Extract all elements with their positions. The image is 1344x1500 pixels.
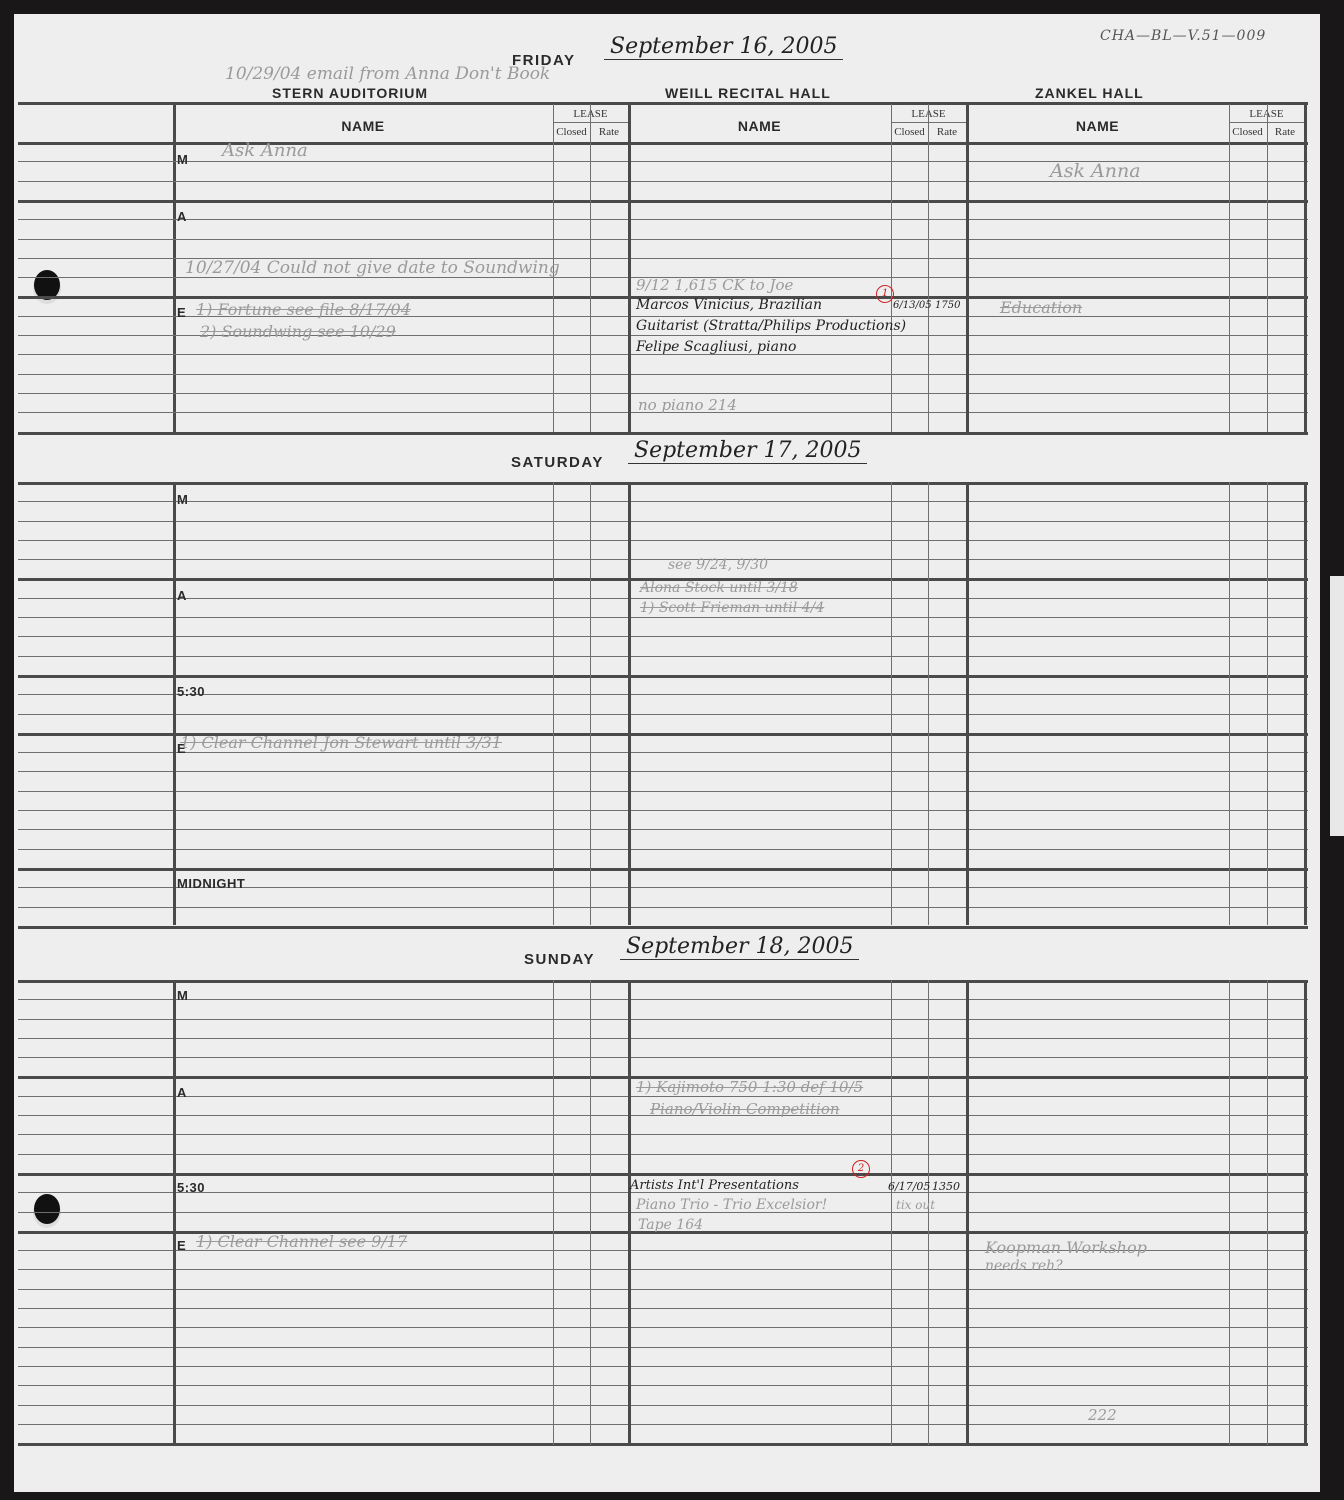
entry-text: 10/27/04 Could not give date to Soundwin… (185, 258, 560, 278)
column-header-name: NAME (966, 118, 1229, 134)
column-header-rate: Rate (590, 126, 628, 138)
lease-rate-value: 1350 (932, 1180, 960, 1193)
ruled-line (18, 1269, 1308, 1270)
column-header-closed: Closed (553, 126, 590, 138)
entry-text: Alona Stock until 3/18 (640, 580, 798, 596)
column-rule (891, 980, 892, 1445)
ruled-line (18, 1424, 1308, 1425)
ruled-line (18, 1134, 1308, 1135)
column-rule (1304, 104, 1307, 142)
ruled-line (18, 102, 1308, 105)
entry-text: needs reh? (985, 1258, 1063, 1274)
column-header-rate: Rate (928, 126, 966, 138)
time-slot-label: 5:30 (177, 684, 205, 699)
column-rule (1304, 482, 1307, 925)
column-header-closed: Closed (891, 126, 928, 138)
column-rule (1304, 980, 1307, 1445)
column-rule (1229, 104, 1230, 432)
column-rule (1229, 104, 1230, 142)
ruled-line (18, 521, 1308, 522)
ruled-line (18, 868, 1308, 871)
red-circled-marker: 2 (852, 1160, 870, 1178)
ruled-line (18, 791, 1308, 792)
column-rule (1267, 104, 1268, 432)
entry-text: Piano Trio - Trio Excelsior! (636, 1197, 827, 1213)
column-header-name: NAME (173, 118, 553, 134)
column-rule (966, 482, 969, 925)
ruled-line (18, 617, 1308, 618)
column-rule (891, 482, 892, 925)
day-label-saturday: SATURDAY (511, 454, 604, 471)
column-rule (1229, 482, 1230, 925)
ruled-line (18, 1366, 1308, 1367)
lease-rate-value: 1750 (935, 300, 960, 311)
date-friday: September 16, 2005 (604, 34, 843, 60)
ruled-line (18, 752, 1308, 753)
ruled-line (18, 501, 1308, 502)
ruled-line (18, 636, 1308, 637)
ruled-line (18, 656, 1308, 657)
column-rule (928, 482, 929, 925)
entry-text: Marcos Vinicius, Brazilian (636, 297, 822, 313)
ruled-line (18, 771, 1308, 772)
time-slot-label: 5:30 (177, 1180, 205, 1195)
column-rule (173, 482, 176, 925)
venue-zankel: ZANKEL HALL (1035, 85, 1144, 101)
column-rule (173, 104, 176, 432)
time-slot-label: M (177, 492, 188, 507)
entry-text: Felipe Scagliusi, piano (636, 339, 796, 355)
column-rule (891, 104, 892, 432)
entry-text: 1) Scott Frieman until 4/4 (640, 600, 824, 616)
ruled-line (18, 675, 1308, 678)
column-rule (590, 104, 591, 432)
entry-text: 1) Clear Channel see 9/17 (196, 1232, 407, 1251)
column-rule (628, 980, 631, 1445)
entry-text: Guitarist (Stratta/Philips Productions) (636, 318, 906, 334)
entry-text: Piano/Violin Competition (650, 1100, 840, 1118)
ruled-line (18, 1096, 1308, 1097)
ruled-line (18, 1038, 1308, 1039)
ruled-line (18, 1385, 1308, 1386)
ruled-line (18, 239, 1308, 240)
entry-text: 1) Fortune see file 8/17/04 (196, 300, 411, 319)
column-rule (628, 104, 631, 142)
time-slot-label: E (177, 305, 186, 320)
ruled-line (18, 540, 1308, 541)
ruled-line (18, 829, 1308, 830)
column-rule (1229, 980, 1230, 1445)
ruled-line (18, 810, 1308, 811)
ruled-line (18, 1443, 1308, 1446)
ruled-line (18, 907, 1308, 908)
column-rule (1267, 482, 1268, 925)
top-note: 10/29/04 email from Anna Don't Book (225, 64, 550, 84)
column-rule (628, 482, 631, 925)
entry-text: Koopman Workshop (985, 1238, 1147, 1257)
column-rule (553, 980, 554, 1445)
date-saturday: September 17, 2005 (628, 438, 867, 464)
ruled-line (18, 598, 1308, 599)
ruled-line (18, 926, 1308, 929)
lease-rate-note: tix out (896, 1198, 935, 1212)
column-rule (928, 104, 929, 142)
column-rule (590, 104, 591, 142)
ruled-line (18, 432, 1308, 435)
ruled-line (18, 1173, 1308, 1176)
entry-text: 1) Kajimoto 750 1:30 def 10/5 (636, 1078, 863, 1096)
time-slot-label: A (177, 588, 187, 603)
time-slot-label: A (177, 209, 187, 224)
ledger-page (14, 14, 1320, 1492)
ruled-line (18, 1154, 1308, 1155)
time-slot-label: A (177, 1085, 187, 1100)
entry-text: Ask Anna (1050, 160, 1141, 182)
column-rule (966, 104, 969, 432)
ruled-line (18, 142, 1308, 145)
time-slot-label: M (177, 988, 188, 1003)
ruled-line (18, 714, 1308, 715)
date-sunday: September 18, 2005 (620, 934, 859, 960)
entry-text: Ask Anna (222, 140, 308, 161)
ruled-line (18, 1057, 1308, 1058)
ruled-line (18, 980, 1308, 983)
day-label-sunday: SUNDAY (524, 951, 595, 968)
red-circled-marker: 1 (876, 285, 894, 303)
ruled-line (18, 393, 1308, 394)
entry-text: Tape 164 (638, 1217, 703, 1233)
column-rule (553, 104, 554, 142)
ruled-line (18, 219, 1308, 220)
column-rule (553, 482, 554, 925)
column-rule (891, 104, 892, 142)
column-header-closed: Closed (1229, 126, 1266, 138)
ruled-line (18, 694, 1308, 695)
ruled-line (18, 1327, 1308, 1328)
entry-text: Artists Int'l Presentations (630, 1178, 799, 1193)
entry-text: no piano 214 (638, 396, 737, 414)
column-rule (966, 980, 969, 1445)
entry-text: 2) Soundwing see 10/29 (200, 322, 396, 341)
entry-text: see 9/24, 9/30 (668, 557, 768, 573)
ruled-line (18, 1289, 1308, 1290)
ruled-line (18, 999, 1308, 1000)
column-rule (1304, 104, 1307, 432)
ruled-line (18, 1019, 1308, 1020)
time-slot-label: M (177, 152, 188, 167)
venue-stern: STERN AUDITORIUM (272, 85, 428, 101)
lease-closed-value: 6/17/05 (888, 1180, 930, 1193)
ruled-line (18, 200, 1308, 203)
ruled-line (18, 482, 1308, 485)
column-rule (173, 980, 176, 1445)
column-header-rate: Rate (1266, 126, 1304, 138)
entry-text: 9/12 1,615 CK to Joe (636, 276, 793, 294)
page-note: 222 (1088, 1406, 1117, 1424)
column-header-name: NAME (628, 118, 891, 134)
column-rule (1267, 980, 1268, 1445)
column-rule (590, 482, 591, 925)
column-rule (1267, 104, 1268, 142)
lease-closed-value: 6/13/05 (893, 300, 932, 311)
binder-hole (34, 1194, 60, 1224)
venue-weill: WEILL RECITAL HALL (665, 85, 831, 101)
ruled-line (18, 374, 1308, 375)
ruled-line (18, 1347, 1308, 1348)
column-rule (928, 104, 929, 432)
column-rule (590, 980, 591, 1445)
time-slot-label: E (177, 1238, 186, 1253)
column-rule (966, 104, 969, 142)
column-rule (628, 104, 631, 432)
ruled-line (18, 559, 1308, 560)
ruled-line (18, 1308, 1308, 1309)
ruled-line (18, 849, 1308, 850)
entry-text: Education (1000, 298, 1082, 317)
column-rule (928, 980, 929, 1445)
document-id-stamp: CHA—BL—V.51—009 (1100, 28, 1266, 44)
entry-text: 1) Clear Channel Jon Stewart until 3/31 (180, 733, 502, 752)
time-slot-label: MIDNIGHT (177, 876, 245, 891)
adjacent-page-edge (1330, 576, 1344, 836)
